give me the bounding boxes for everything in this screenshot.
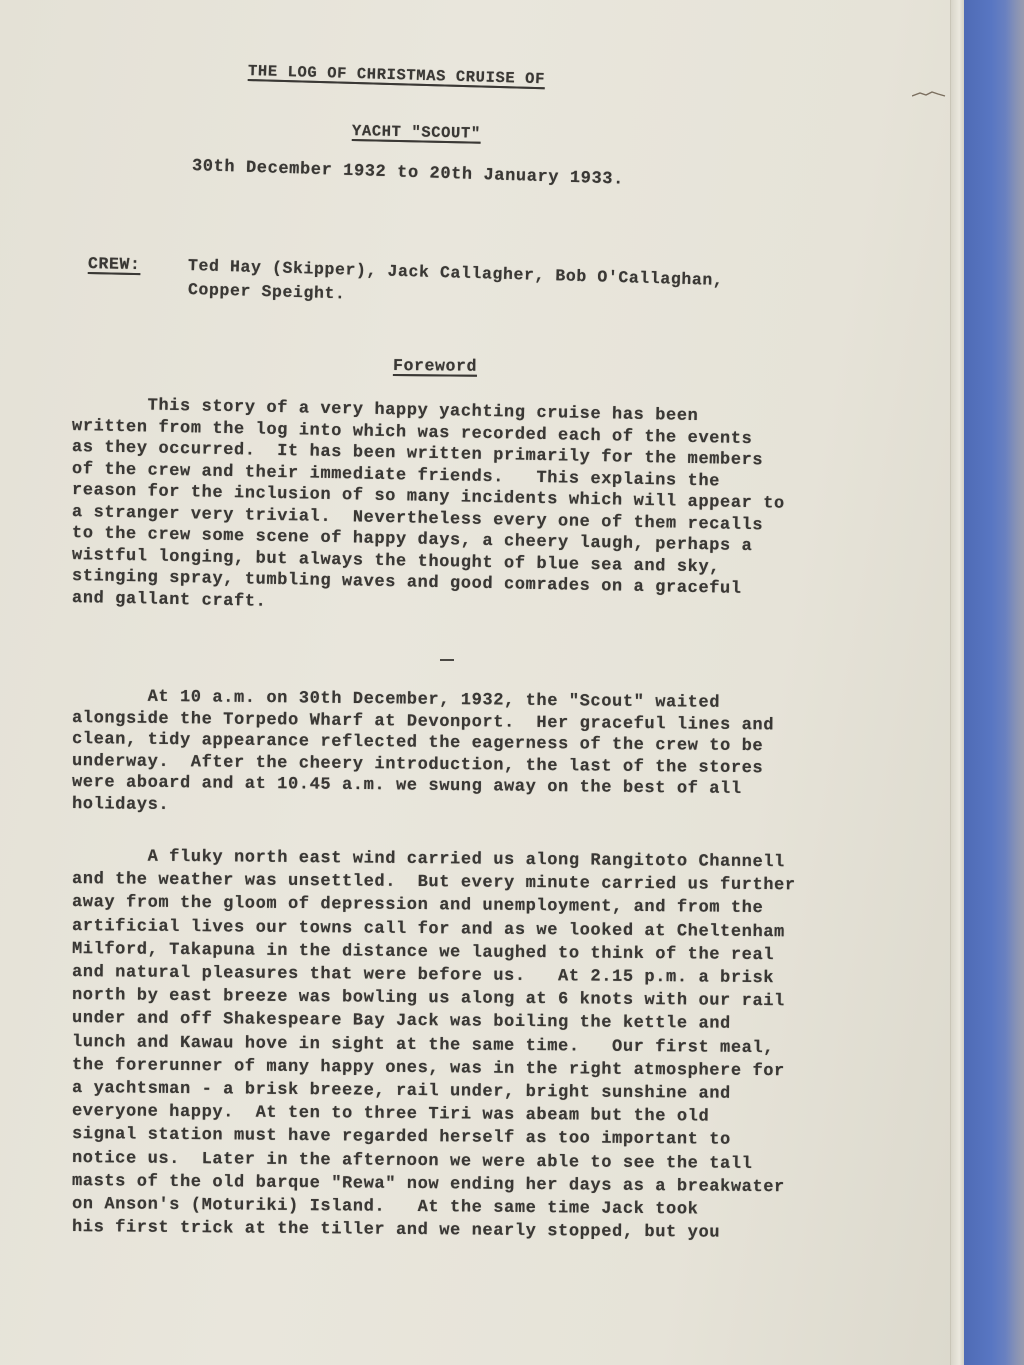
paper-tear-mark: [912, 90, 946, 98]
document-title-line2: YACHT "SCOUT": [352, 124, 481, 142]
section-separator: [440, 659, 454, 661]
crew-label: CREW:: [88, 256, 141, 274]
foreword-heading: Foreword: [393, 358, 477, 375]
text-line: and gallant craft.: [72, 590, 267, 611]
page-edge: [950, 0, 965, 1365]
binder-shadow: [1005, 0, 1024, 1365]
text-line: holidays.: [72, 796, 169, 814]
